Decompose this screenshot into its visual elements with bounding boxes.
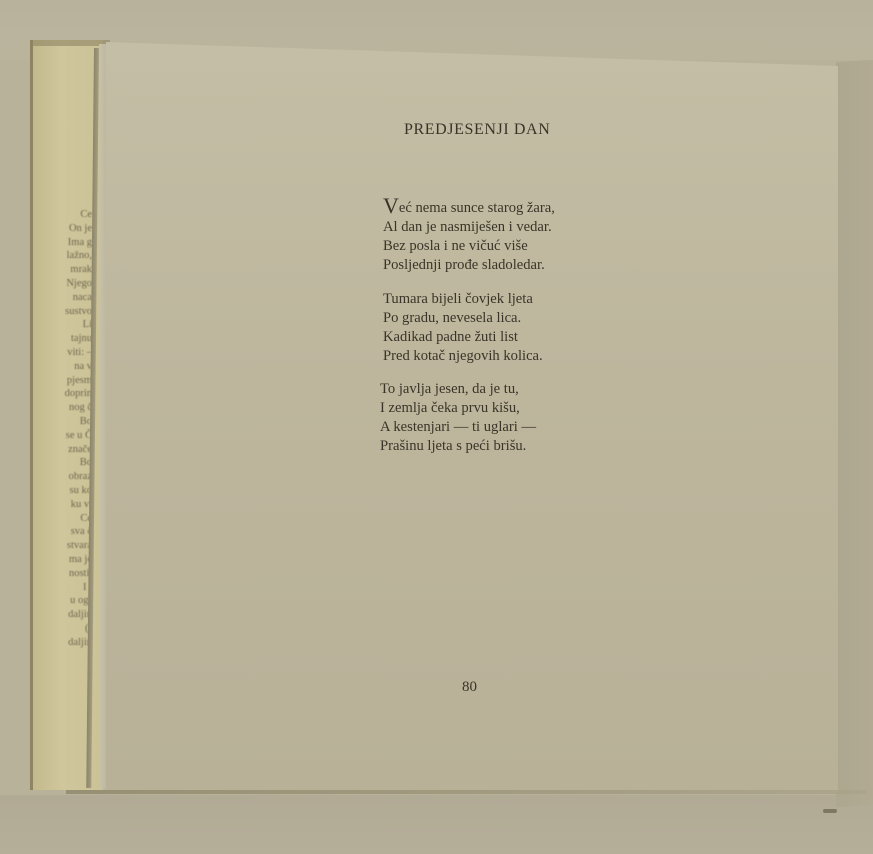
poem-line: Al dan je nasmiješen i vedar. [383,218,555,237]
paper-debris [823,809,837,813]
fragment-line: znače [34,443,92,457]
book-photo: Ce On je Ima g lažno, mrak Njego naca su… [0,0,873,854]
poem-line: Po gradu, nevesela lica. [383,309,543,328]
poem-line: Kadikad padne žuti list [383,328,543,347]
fragment-line: mrak [34,263,92,277]
poem-line-text: eć nema sunce starog žara, [399,200,555,216]
fragment-line: Njego [34,277,92,291]
poem-line: Prašinu ljeta s peći brišu. [380,437,536,456]
page-bottom-edge [66,790,866,794]
stanza-3: To javlja jesen, da je tu, I zemlja čeka… [380,380,536,456]
fragment-line: sva č [34,525,92,539]
fragment-line: Li [34,318,92,332]
fragment-line: I t [34,581,92,595]
fragment-line: Bo [34,456,92,470]
fragment-line: viti: – [34,346,92,360]
poem-line: Tumara bijeli čovjek ljeta [383,290,543,309]
poem-line: A kestenjari — ti uglari — [380,418,536,437]
poem-line: Posljednji prođe sladoledar. [383,256,555,275]
left-page-top-edge [30,40,110,46]
fragment-line: se u Č [34,429,92,443]
fragment-line: nosti. [34,567,92,581]
fragment-line: (I [34,622,92,636]
page-number: 80 [462,679,477,696]
fragment-line: u ogr [34,594,92,608]
fragment-line: lažno, [34,249,92,263]
fragment-line: On je [34,222,92,236]
fragment-line: daljin [34,636,92,650]
fragment-line: ku vi [34,498,92,512]
fragment-line: obraz [34,470,92,484]
fragment-line: su ko [34,484,92,498]
fragment-line: pjesm [34,374,92,388]
poem-title: PREDJESENJI DAN [404,121,604,139]
fragment-line: stvara [34,539,92,553]
poem-line: Pred kotač njegovih kolica. [383,347,543,366]
poem-line: Već nema sunce starog žara, [383,199,555,218]
stanza-1: Već nema sunce starog žara, Al dan je na… [383,199,555,275]
fragment-line: naca [34,291,92,305]
fragment-line: tajnu [34,332,92,346]
fragment-line: nog č [34,401,92,415]
fragment-line: Ce [34,208,92,222]
fragment-line: doprin [34,387,92,401]
poem-line: Bez posla i ne vičuć više [383,237,555,256]
fragment-line: ma je [34,553,92,567]
fragment-line: Ce [34,512,92,526]
fragment-line: na v [34,360,92,374]
fragment-line: Bo [34,415,92,429]
stanza-2: Tumara bijeli čovjek ljeta Po gradu, nev… [383,290,543,366]
fragment-line: daljin [34,608,92,622]
fragment-line: sustvo [34,305,92,319]
poem-line: I zemlja čeka prvu kišu, [380,399,536,418]
table-surface [0,795,873,854]
left-page-text-fragments: Ce On je Ima g lažno, mrak Njego naca su… [34,208,92,650]
drop-cap: V [383,193,399,218]
fragment-line: Ima g [34,236,92,250]
poem-line: To javlja jesen, da je tu, [380,380,536,399]
page-stack-edge [836,60,873,807]
